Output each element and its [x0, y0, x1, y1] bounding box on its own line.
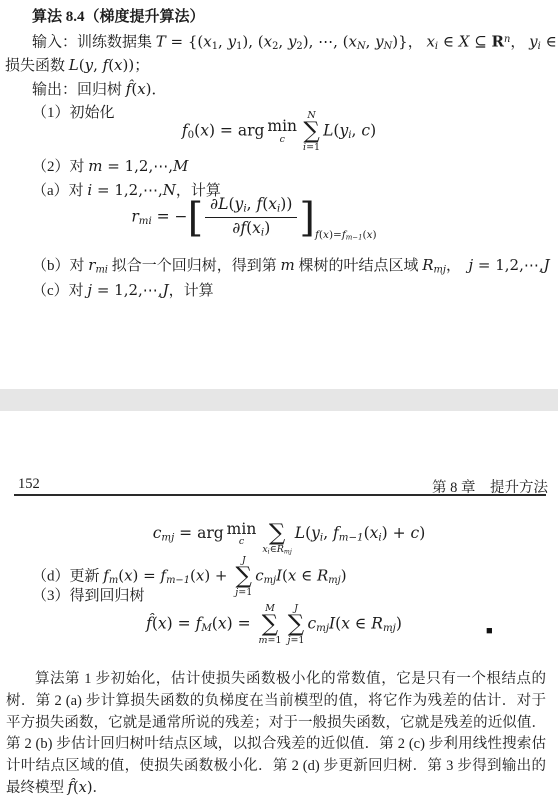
- math-token: c: [255, 566, 263, 584]
- math-token: =1: [306, 142, 320, 153]
- math-token: （b）对: [32, 258, 88, 274]
- math-token: ∑: [288, 614, 304, 636]
- math-token: （c）对: [32, 283, 87, 299]
- math-token: N: [384, 41, 393, 52]
- math-token: ): [370, 121, 376, 139]
- math-token: ,: [218, 32, 228, 50]
- math-token: = {(: [166, 32, 204, 50]
- math-token: （d）更新: [32, 568, 103, 584]
- math-token: ,: [278, 32, 288, 50]
- math-token: mj: [264, 575, 276, 586]
- algorithm-step-3: （3）得到回归树: [32, 586, 145, 606]
- math-token: x: [124, 566, 132, 584]
- math-token: c: [239, 537, 244, 547]
- page-break-band: [0, 389, 558, 411]
- math-token: =1: [290, 635, 304, 646]
- math-token: x: [341, 614, 350, 632]
- algorithm-title: 算法 8.4（梯度提升算法）: [32, 7, 205, 27]
- math-token: x: [268, 195, 277, 213]
- math-token: c: [411, 524, 420, 542]
- math-token: 棵树的叶结点区域: [295, 258, 423, 274]
- math-token: J∑j=1: [288, 604, 305, 646]
- math-token: ∑: [262, 614, 278, 636]
- math-token: = 1,2,⋯,: [473, 256, 544, 274]
- math-token: m=1: [258, 636, 281, 646]
- math-token: 输入：训练数据集: [32, 34, 156, 50]
- math-token: r: [131, 207, 138, 225]
- math-token: j=1: [235, 588, 252, 598]
- math-token: y: [375, 32, 383, 50]
- header-rule: [14, 494, 546, 496]
- formula-f0: f0(x) = argmincN∑i=1L(yi, c): [0, 111, 558, 153]
- math-token: x: [264, 32, 272, 50]
- math-token: ∈: [296, 566, 317, 584]
- math-token: i=1: [303, 143, 320, 153]
- math-token: J∑j=1: [235, 556, 252, 598]
- math-token: X: [459, 32, 470, 50]
- math-token: L: [218, 195, 228, 213]
- math-token: min: [267, 119, 297, 135]
- math-token: 输出：回归树: [32, 82, 126, 98]
- math-token: ．: [93, 780, 108, 796]
- math-token: （3）得到回归树: [32, 588, 145, 604]
- math-token: f(x)=fm−1(x): [315, 229, 377, 242]
- math-token: ), ⋯, (: [303, 32, 349, 50]
- math-token: ．: [152, 82, 167, 98]
- math-token: L: [295, 524, 305, 542]
- math-token: )): [280, 195, 292, 213]
- math-token: y: [228, 32, 236, 50]
- math-token: c: [280, 135, 285, 145]
- math-token: ，计算: [169, 283, 214, 299]
- math-token: mj: [383, 623, 396, 634]
- math-token: m: [280, 256, 294, 274]
- math-token: ) = arg: [209, 121, 264, 139]
- page-number: 152: [18, 476, 40, 493]
- algorithm-step-2: （2）对 m = 1,2,⋯,M: [32, 156, 188, 177]
- math-token: mj: [328, 575, 340, 586]
- math-token: R: [492, 32, 504, 50]
- formula-fhat: f̂(x) = fM(x) = M∑m=1J∑j=1cmjI(x ∈ Rmj): [0, 604, 553, 646]
- math-token: ,: [366, 32, 376, 50]
- math-token: ) +: [382, 524, 411, 542]
- math-token: m−1: [346, 234, 363, 242]
- math-token: N∑i=1: [303, 111, 320, 153]
- math-token: ) +: [204, 566, 232, 584]
- math-token: J: [544, 256, 550, 274]
- math-token: ∂L(yi, f(xi)): [205, 196, 297, 218]
- math-token: m: [88, 157, 102, 175]
- math-token: x: [349, 32, 357, 50]
- math-token: ∈: [438, 32, 459, 50]
- math-token: min: [227, 522, 257, 538]
- math-token: m: [109, 575, 118, 586]
- math-token: ∑xi∈Rmj: [262, 513, 291, 556]
- math-token: x: [218, 614, 227, 632]
- math-token: = 1,2,⋯,: [92, 281, 163, 299]
- math-token: c: [239, 536, 244, 547]
- math-token: ): [419, 524, 425, 542]
- math-token: mj: [284, 548, 292, 555]
- math-token: mi: [139, 216, 152, 227]
- math-token: ,: [247, 195, 257, 213]
- math-token: x: [158, 614, 167, 632]
- textbook-page: 算法 8.4（梯度提升算法） 输入：训练数据集 T = {(x1, y1), (…: [0, 0, 558, 801]
- math-token: ∑: [303, 121, 319, 143]
- math-token: mj: [161, 533, 174, 544]
- math-token: 损失函数: [5, 58, 69, 74]
- math-token: y: [339, 121, 348, 139]
- math-token: y: [311, 524, 320, 542]
- math-token: )): [123, 56, 135, 74]
- math-token: ，: [510, 34, 529, 50]
- math-token: ；: [134, 58, 149, 74]
- math-token: y: [235, 195, 244, 213]
- math-token: ∂: [210, 195, 218, 213]
- math-token: j=1: [288, 636, 305, 646]
- algorithm-step-2c: （c）对 j = 1,2,⋯,J，计算: [32, 280, 214, 301]
- math-token: c: [307, 614, 316, 632]
- math-token: ∑: [236, 566, 252, 588]
- math-token: = 1,2,⋯,: [103, 157, 174, 175]
- math-token: =1: [238, 587, 252, 598]
- math-token: xi∈Rmj: [262, 545, 291, 556]
- math-token: m: [258, 635, 267, 646]
- math-token: mj: [316, 623, 329, 634]
- math-token: L: [69, 56, 79, 74]
- math-token: ∂L(yi, f(xi))∂f(xi): [205, 196, 297, 240]
- math-token: y: [529, 32, 537, 50]
- math-token: ∈: [541, 32, 558, 50]
- math-token: =1: [268, 635, 282, 646]
- math-token: mi: [95, 264, 108, 275]
- math-token: R: [317, 566, 328, 584]
- math-token: ,: [352, 121, 362, 139]
- math-token: ，: [408, 34, 427, 50]
- math-token: [: [188, 195, 204, 241]
- math-token: c: [361, 121, 370, 139]
- math-token: minc: [227, 522, 257, 547]
- math-token: ) =: [227, 614, 256, 632]
- algorithm-loss-line: 损失函数 L(y, f(x))；: [5, 55, 149, 76]
- math-token: x: [137, 80, 145, 98]
- qed-square: ■: [486, 625, 493, 637]
- math-token: ) =: [167, 614, 196, 632]
- math-token: c: [280, 134, 285, 145]
- math-token: ), (: [242, 32, 263, 50]
- algorithm-input-line: 输入：训练数据集 T = {(x1, y1), (x2, y2), ⋯, (xN…: [32, 30, 558, 57]
- math-token: （2）对: [32, 159, 88, 175]
- math-token: x: [426, 32, 434, 50]
- math-token: x: [203, 32, 211, 50]
- math-token: ,: [323, 524, 333, 542]
- math-token: y: [85, 56, 93, 74]
- math-token: x: [200, 121, 209, 139]
- math-token: R: [277, 544, 284, 555]
- math-token: T: [156, 32, 166, 50]
- math-token: mj: [434, 264, 446, 275]
- commentary-paragraph: 算法第 1 步初始化，估计使损失函数极小化的常数值，它是只有一个根结点的树．第 …: [6, 669, 546, 800]
- math-token: x: [79, 780, 87, 796]
- formula-cmj: cmj = argminc∑xi∈RmjL(yi, fm−1(xi) + c): [10, 513, 558, 556]
- math-token: ∈: [350, 614, 371, 632]
- math-token: M∑m=1: [258, 604, 281, 646]
- math-token: ]: [299, 195, 315, 241]
- math-token: x: [252, 219, 261, 237]
- math-token: ∑: [269, 523, 285, 545]
- math-token: 拟合一个回归树，得到第: [108, 258, 281, 274]
- algorithm-step-2b: （b）对 rmi 拟合一个回归树，得到第 m 棵树的叶结点区域 Rmj， j =…: [32, 255, 550, 280]
- math-token: ,: [93, 56, 103, 74]
- math-token: ⊆: [469, 32, 491, 50]
- math-token: ) =: [133, 566, 161, 584]
- math-token: R: [371, 614, 383, 632]
- math-token: ): [264, 219, 270, 237]
- math-token: M: [173, 157, 188, 175]
- math-token: ∈: [270, 544, 277, 555]
- math-token: = −: [152, 207, 188, 225]
- math-token: ): [373, 229, 377, 241]
- math-token: )=: [329, 229, 342, 241]
- math-token: ∂f(xi): [232, 218, 270, 239]
- math-token: m−1: [166, 575, 190, 586]
- math-token: L: [323, 121, 333, 139]
- math-token: ): [341, 566, 347, 584]
- math-token: ): [396, 614, 402, 632]
- math-token: N: [357, 41, 366, 52]
- math-token: minc: [267, 119, 297, 144]
- math-token: 算法第 1 步初始化，估计使损失函数极小化的常数值，它是只有一个根结点的树．第 …: [6, 671, 546, 796]
- math-token: )}: [392, 32, 407, 50]
- algorithm-output-line: 输出：回归树 f̂(x)．: [32, 79, 167, 100]
- math-token: ，: [446, 258, 469, 274]
- formula-rmi: rmi = −[∂L(yi, f(xi))∂f(xi)]f(x)=fm−1(x): [0, 196, 533, 240]
- math-token: m−1: [339, 533, 364, 544]
- math-token: x: [114, 56, 122, 74]
- math-token: M: [201, 623, 211, 634]
- math-token: R: [422, 256, 433, 274]
- math-token: = arg: [174, 524, 223, 542]
